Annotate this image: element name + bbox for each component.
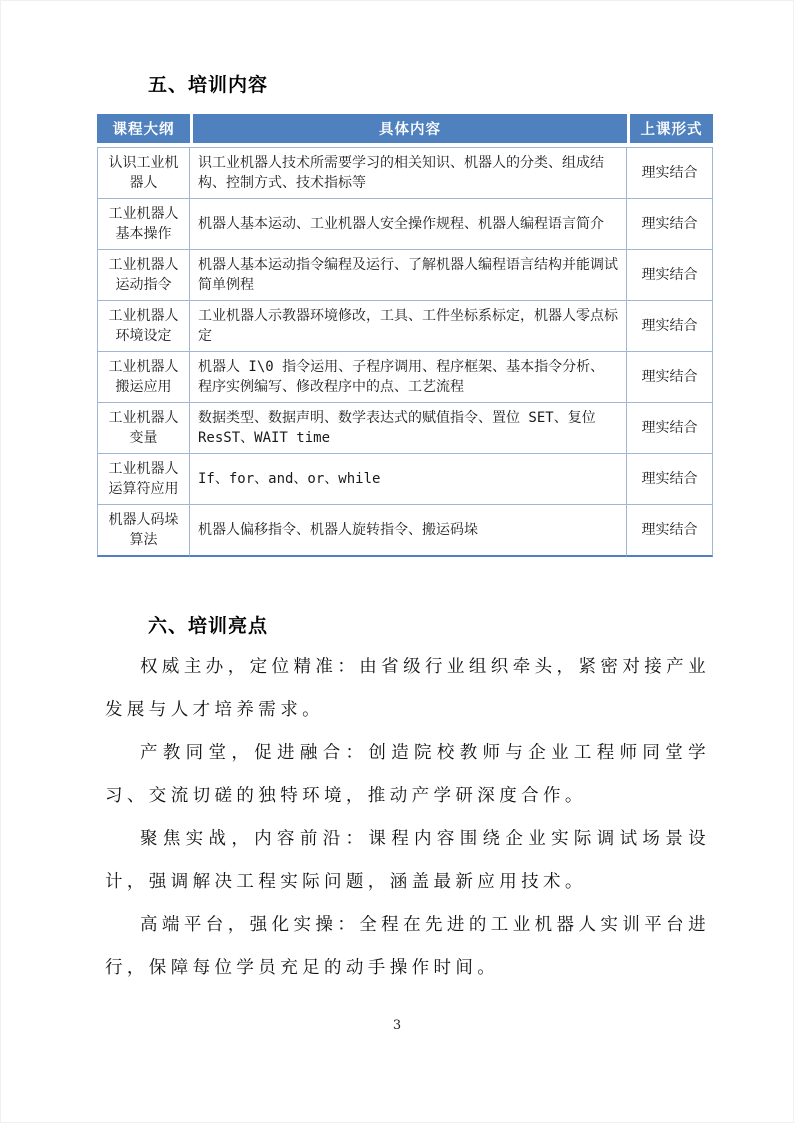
content-cell: 机器人基本运动、工业机器人安全操作规程、机器人编程语言简介 <box>190 199 627 250</box>
outline-cell: 工业机器人运动指令 <box>97 250 190 301</box>
section6-title: 六、培训亮点 <box>148 615 794 638</box>
table-header-row: 课程大纲 具体内容 上课形式 <box>97 114 713 147</box>
format-cell: 理实结合 <box>627 505 713 557</box>
table-row: 工业机器人环境设定 工业机器人示教器环境修改，工具、工件坐标系标定，机器人零点标… <box>97 301 713 352</box>
section5-title: 五、培训内容 <box>148 0 794 97</box>
table-row: 工业机器人基本操作 机器人基本运动、工业机器人安全操作规程、机器人编程语言简介 … <box>97 199 713 250</box>
table-row: 工业机器人运动指令 机器人基本运动指令编程及运行、了解机器人编程语言结构并能调试… <box>97 250 713 301</box>
format-cell: 理实结合 <box>627 301 713 352</box>
content-cell: If、for、and、or、while <box>190 454 627 505</box>
content-cell: 机器人 I\0 指令运用、子程序调用、程序框架、基本指令分析、程序实例编写、修改… <box>190 352 627 403</box>
format-cell: 理实结合 <box>627 199 713 250</box>
outline-cell: 工业机器人运算符应用 <box>97 454 190 505</box>
table-row: 工业机器人搬运应用 机器人 I\0 指令运用、子程序调用、程序框架、基本指令分析… <box>97 352 713 403</box>
col-header-format: 上课形式 <box>627 114 713 147</box>
format-cell: 理实结合 <box>627 352 713 403</box>
outline-cell: 工业机器人基本操作 <box>97 199 190 250</box>
highlight-paragraph: 权威主办，定位精准：由省级行业组织牵头，紧密对接产业发展与人才培养需求。 <box>105 646 710 732</box>
highlight-paragraph: 聚焦实战，内容前沿：课程内容围绕企业实际调试场景设计，强调解决工程实际问题，涵盖… <box>105 818 710 904</box>
content-cell: 识工业机器人技术所需要学习的相关知识、机器人的分类、组成结构、控制方式、技术指标… <box>190 147 627 199</box>
table-row: 工业机器人运算符应用 If、for、and、or、while 理实结合 <box>97 454 713 505</box>
outline-cell: 机器人码垛算法 <box>97 505 190 557</box>
format-cell: 理实结合 <box>627 250 713 301</box>
page-number: 3 <box>0 1018 794 1033</box>
outline-cell: 工业机器人搬运应用 <box>97 352 190 403</box>
table-row: 工业机器人变量 数据类型、数据声明、数学表达式的赋值指令、置位 SET、复位 R… <box>97 403 713 454</box>
table-row: 认识工业机器人 识工业机器人技术所需要学习的相关知识、机器人的分类、组成结构、控… <box>97 147 713 199</box>
content-cell: 数据类型、数据声明、数学表达式的赋值指令、置位 SET、复位 ResST、WAI… <box>190 403 627 454</box>
highlight-paragraph: 产教同堂，促进融合：创造院校教师与企业工程师同堂学习、交流切磋的独特环境，推动产… <box>105 732 710 818</box>
col-header-outline: 课程大纲 <box>97 114 190 147</box>
content-cell: 工业机器人示教器环境修改，工具、工件坐标系标定，机器人零点标定 <box>190 301 627 352</box>
content-cell: 机器人基本运动指令编程及运行、了解机器人编程语言结构并能调试简单例程 <box>190 250 627 301</box>
format-cell: 理实结合 <box>627 403 713 454</box>
table-row: 机器人码垛算法 机器人偏移指令、机器人旋转指令、搬运码垛 理实结合 <box>97 505 713 557</box>
content-cell: 机器人偏移指令、机器人旋转指令、搬运码垛 <box>190 505 627 557</box>
outline-cell: 工业机器人变量 <box>97 403 190 454</box>
training-highlights: 权威主办，定位精准：由省级行业组织牵头，紧密对接产业发展与人才培养需求。 产教同… <box>105 646 710 990</box>
highlight-paragraph: 高端平台，强化实操：全程在先进的工业机器人实训平台进行，保障每位学员充足的动手操… <box>105 904 710 990</box>
col-header-content: 具体内容 <box>190 114 627 147</box>
document-page: 五、培训内容 课程大纲 具体内容 上课形式 认识工业机器人 识工业机器人技术所需… <box>0 0 794 1123</box>
training-content-table: 课程大纲 具体内容 上课形式 认识工业机器人 识工业机器人技术所需要学习的相关知… <box>97 114 713 557</box>
outline-cell: 认识工业机器人 <box>97 147 190 199</box>
format-cell: 理实结合 <box>627 454 713 505</box>
format-cell: 理实结合 <box>627 147 713 199</box>
outline-cell: 工业机器人环境设定 <box>97 301 190 352</box>
